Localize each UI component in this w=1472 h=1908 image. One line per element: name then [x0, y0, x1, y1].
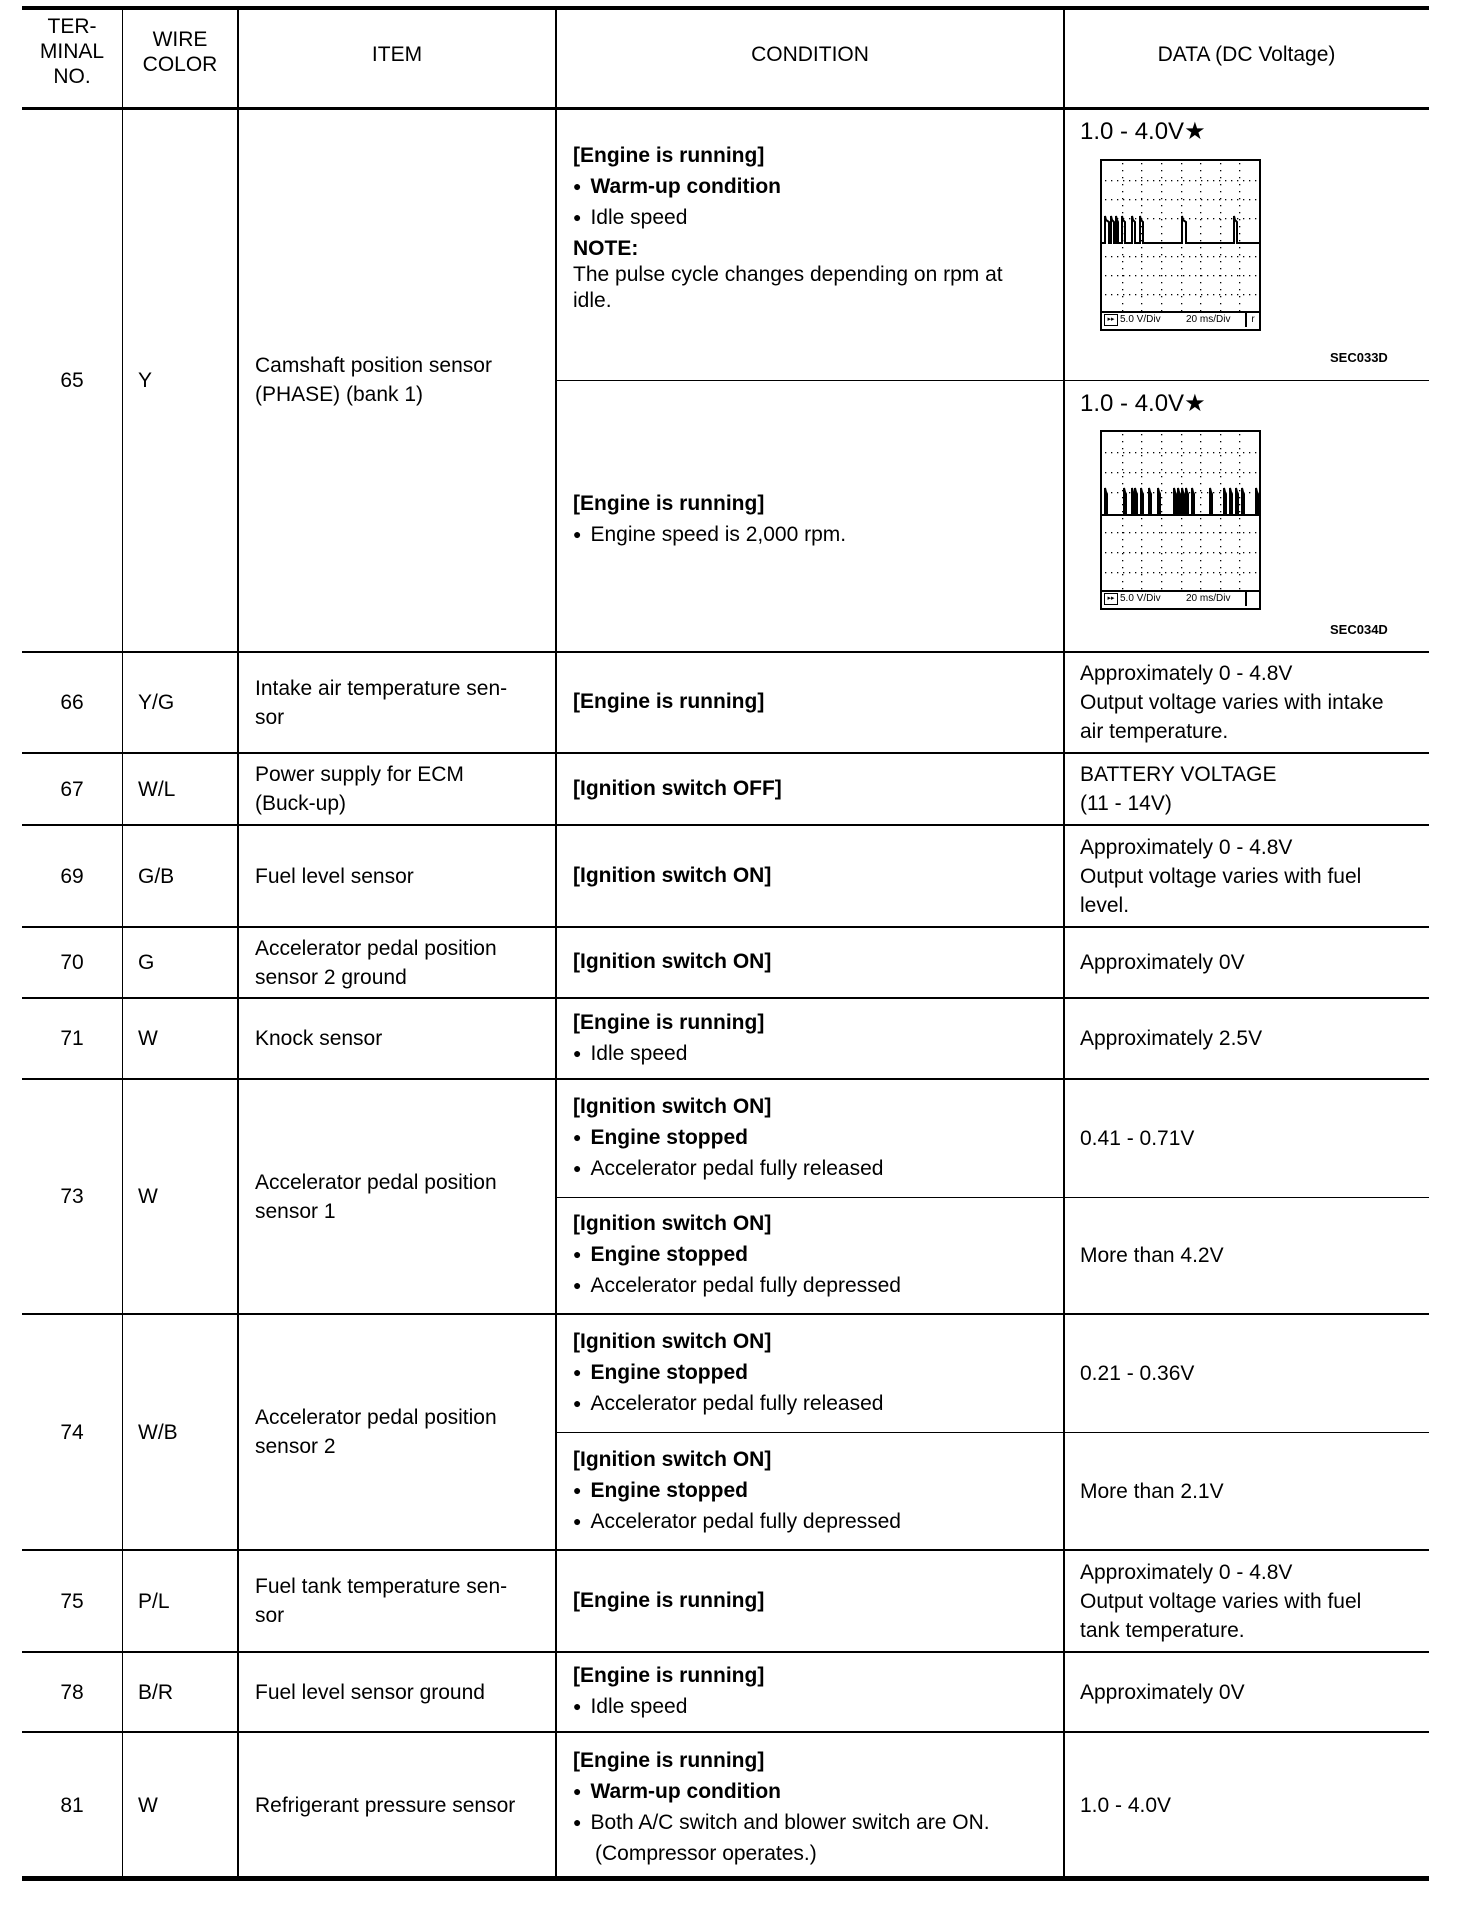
terminal-number: 69 [22, 862, 122, 891]
scope-footer: ▸▸ 5.0 V/Div 20 ms/Div [1102, 590, 1259, 608]
condition-bullet: Accelerator pedal fully depressed [573, 1271, 901, 1302]
column-divider [1063, 7, 1065, 1878]
voltage-range: 1.0 - 4.0V★ [1080, 390, 1206, 418]
item-text: sensor 2 ground [255, 963, 407, 992]
wire-color: W [138, 1791, 158, 1820]
condition-bullet: Idle speed [573, 1039, 687, 1070]
data-value: 0.21 - 0.36V [1080, 1359, 1194, 1388]
data-value: Approximately 2.5V [1080, 1024, 1262, 1053]
data-value: BATTERY VOLTAGE [1080, 760, 1276, 789]
terminal-number: 74 [22, 1418, 122, 1447]
column-divider [555, 7, 557, 1878]
scope-corner-box [1245, 590, 1259, 606]
header-data: DATA (DC Voltage) [1064, 42, 1429, 67]
table-bottom-rule [22, 1876, 1429, 1881]
condition-bullet: Idle speed [573, 1692, 687, 1723]
item-text: (PHASE) (bank 1) [255, 380, 423, 409]
header-text: TER- [22, 14, 122, 39]
data-value: Approximately 0V [1080, 948, 1245, 977]
wire-color: W/L [138, 775, 175, 804]
header-text: MINAL [22, 39, 122, 64]
condition-text: (Compressor operates.) [595, 1839, 817, 1868]
condition-bullet: Idle speed [573, 203, 687, 234]
time-per-div: 20 ms/Div [1186, 592, 1230, 606]
condition-text: [Engine is running] [573, 1008, 764, 1037]
item-text: sensor 1 [255, 1197, 336, 1226]
item-text: Camshaft position sensor [255, 351, 492, 380]
condition-bullet: Warm-up condition [573, 1777, 781, 1808]
scope-mode-icon: ▸▸ [1104, 593, 1118, 605]
row-divider [22, 1078, 1429, 1080]
condition-text: [Engine is running] [573, 1661, 764, 1690]
figure-id: SEC034D [1330, 622, 1388, 637]
data-value: air temperature. [1080, 717, 1228, 746]
wire-color: W [138, 1182, 158, 1211]
terminal-number: 67 [22, 775, 122, 804]
data-value: (11 - 14V) [1080, 789, 1172, 818]
row-divider [22, 1549, 1429, 1551]
item-text: sor [255, 703, 284, 732]
condition-text: [Ignition switch ON] [573, 1327, 771, 1356]
figure-id: SEC033D [1330, 350, 1388, 365]
item-text: sensor 2 [255, 1432, 336, 1461]
item-text: Accelerator pedal position [255, 1168, 497, 1197]
data-value: More than 4.2V [1080, 1241, 1224, 1270]
condition-bullet: Engine stopped [573, 1358, 748, 1389]
wire-color: W/B [138, 1418, 178, 1447]
data-value: Output voltage varies with fuel [1080, 1587, 1361, 1616]
condition-bullet: Engine speed is 2,000 rpm. [573, 520, 846, 551]
item-text: Fuel level sensor [255, 862, 414, 891]
terminal-number: 65 [22, 366, 122, 395]
scope-footer: ▸▸ 5.0 V/Div 20 ms/Div r [1102, 311, 1259, 329]
row-divider [22, 997, 1429, 999]
oscilloscope-waveform: ▸▸ 5.0 V/Div 20 ms/Div [1100, 430, 1261, 610]
terminal-number: 66 [22, 688, 122, 717]
column-divider [237, 7, 239, 1878]
condition-bullet: Warm-up condition [573, 172, 781, 203]
header-terminal-no: TER- MINAL NO. [22, 14, 122, 89]
condition-text: [Engine is running] [573, 1746, 764, 1775]
wire-color: B/R [138, 1678, 173, 1707]
header-bottom-rule [22, 107, 1429, 110]
data-value: tank temperature. [1080, 1616, 1245, 1645]
volts-per-div: 5.0 V/Div [1120, 313, 1161, 327]
scope-corner-box: r [1245, 311, 1259, 327]
terminal-number: 73 [22, 1182, 122, 1211]
table-top-rule [22, 6, 1429, 10]
data-value: Approximately 0 - 4.8V [1080, 659, 1292, 688]
condition-bullet: Accelerator pedal fully released [573, 1389, 883, 1420]
item-text: Intake air temperature sen- [255, 674, 507, 703]
row-divider [22, 1651, 1429, 1653]
condition-text: [Ignition switch OFF] [573, 774, 782, 803]
column-divider [122, 7, 123, 1878]
wire-color: G [138, 948, 154, 977]
data-value: Approximately 0 - 4.8V [1080, 833, 1292, 862]
data-value: 1.0 - 4.0V [1080, 1791, 1171, 1820]
condition-bullet: Engine stopped [573, 1123, 748, 1154]
sub-row-divider [556, 1197, 1429, 1198]
item-text: Accelerator pedal position [255, 934, 497, 963]
condition-bullet: Engine stopped [573, 1240, 748, 1271]
row-divider [22, 824, 1429, 826]
data-value: Output voltage varies with fuel [1080, 862, 1361, 891]
condition-text: idle. [573, 286, 612, 315]
data-value: Output voltage varies with intake [1080, 688, 1384, 717]
item-text: sor [255, 1601, 284, 1630]
row-divider [22, 926, 1429, 928]
data-value: Approximately 0V [1080, 1678, 1245, 1707]
waveform-plot [1102, 161, 1259, 313]
item-text: Fuel level sensor ground [255, 1678, 485, 1707]
item-text: (Buck-up) [255, 789, 346, 818]
voltage-range: 1.0 - 4.0V★ [1080, 118, 1206, 146]
wire-color: Y/G [138, 688, 174, 717]
header-text: NO. [22, 64, 122, 89]
row-divider [22, 651, 1429, 653]
scope-mode-icon: ▸▸ [1104, 314, 1118, 326]
item-text: Accelerator pedal position [255, 1403, 497, 1432]
condition-text: [Engine is running] [573, 1586, 764, 1615]
condition-text: [Ignition switch ON] [573, 947, 771, 976]
condition-text: [Engine is running] [573, 141, 764, 170]
condition-text: [Engine is running] [573, 687, 764, 716]
wire-color: Y [138, 366, 152, 395]
header-text: WIRE [122, 27, 238, 52]
time-per-div: 20 ms/Div [1186, 313, 1230, 327]
header-item: ITEM [238, 42, 556, 67]
star-icon: ★ [1184, 390, 1206, 417]
header-condition: CONDITION [556, 42, 1064, 67]
wire-color: G/B [138, 862, 174, 891]
star-icon: ★ [1184, 118, 1206, 145]
item-text: Power supply for ECM [255, 760, 464, 789]
condition-text: The pulse cycle changes depending on rpm… [573, 260, 1003, 289]
data-value: 0.41 - 0.71V [1080, 1124, 1194, 1153]
header-text: COLOR [122, 52, 238, 77]
condition-text: [Engine is running] [573, 489, 764, 518]
waveform-plot [1102, 432, 1259, 592]
item-text: Fuel tank temperature sen- [255, 1572, 507, 1601]
oscilloscope-waveform: ▸▸ 5.0 V/Div 20 ms/Div r [1100, 159, 1261, 331]
condition-bullet: Accelerator pedal fully depressed [573, 1507, 901, 1538]
item-text: Knock sensor [255, 1024, 382, 1053]
terminal-number: 71 [22, 1024, 122, 1053]
data-value: More than 2.1V [1080, 1477, 1224, 1506]
sub-row-divider [556, 380, 1429, 381]
data-value: Approximately 0 - 4.8V [1080, 1558, 1292, 1587]
terminal-number: 70 [22, 948, 122, 977]
condition-bullet: Both A/C switch and blower switch are ON… [573, 1808, 990, 1839]
terminal-number: 78 [22, 1678, 122, 1707]
terminal-number: 75 [22, 1587, 122, 1616]
row-divider [22, 1731, 1429, 1733]
condition-text: [Ignition switch ON] [573, 1092, 771, 1121]
wire-color: W [138, 1024, 158, 1053]
condition-text: [Ignition switch ON] [573, 861, 771, 890]
wire-color: P/L [138, 1587, 170, 1616]
header-wire-color: WIRE COLOR [122, 27, 238, 77]
sub-row-divider [556, 1432, 1429, 1433]
row-divider [22, 752, 1429, 754]
data-value: level. [1080, 891, 1129, 920]
row-divider [22, 1313, 1429, 1315]
condition-bullet: Engine stopped [573, 1476, 748, 1507]
condition-text: [Ignition switch ON] [573, 1445, 771, 1474]
condition-bullet: Accelerator pedal fully released [573, 1154, 883, 1185]
condition-text: [Ignition switch ON] [573, 1209, 771, 1238]
terminal-number: 81 [22, 1791, 122, 1820]
volts-per-div: 5.0 V/Div [1120, 592, 1161, 606]
item-text: Refrigerant pressure sensor [255, 1791, 515, 1820]
condition-text: NOTE: [573, 234, 638, 263]
